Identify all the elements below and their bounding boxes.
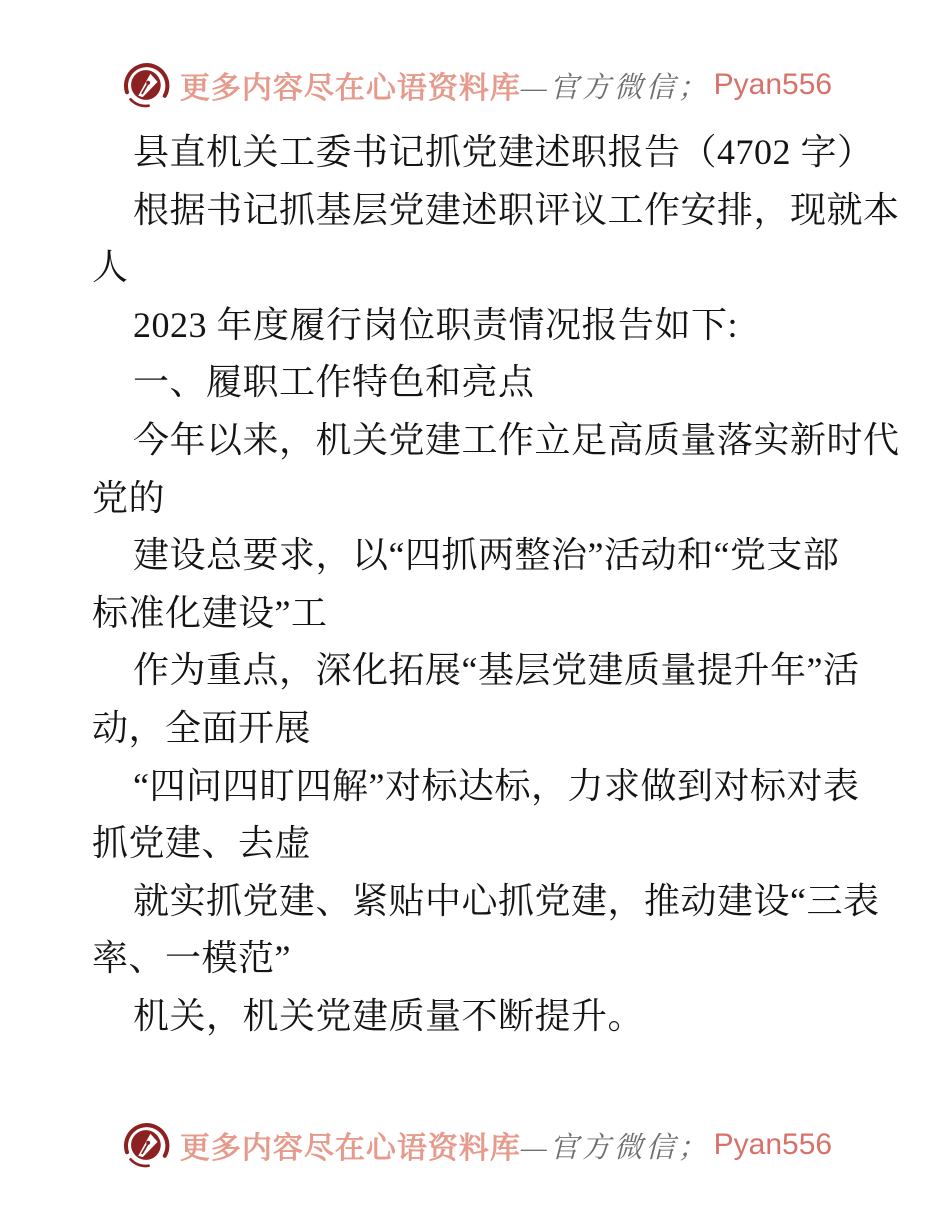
text-line: 建设总要求，以“四抓两整治”活动和“党支部 xyxy=(92,527,882,585)
text-line: 人 xyxy=(92,239,882,297)
pen-nib-circle-icon xyxy=(118,58,172,112)
pen-nib-circle-icon xyxy=(118,1118,172,1172)
text-line: 2023 年度履行岗位职责情况报告如下: xyxy=(92,297,882,355)
text-line: 机关，机关党建质量不断提升。 xyxy=(92,988,882,1046)
footer-watermark: 更多内容尽在心语资料库—官方微信；Pyan556 xyxy=(0,1118,950,1172)
text-line: 动，全面开展 xyxy=(92,700,882,758)
watermark-brand-text: 更多内容尽在心语资料库 xyxy=(180,63,521,107)
text-line: 就实抓党建、紧贴中心抓党建，推动建设“三表 xyxy=(92,873,882,931)
watermark-brand-text: 更多内容尽在心语资料库 xyxy=(180,1123,521,1167)
text-line: 抓党建、去虚 xyxy=(92,815,882,873)
text-line: 今年以来，机关党建工作立足高质量落实新时代 xyxy=(92,412,882,470)
watermark-wechat-label: —官方微信； xyxy=(521,1125,710,1166)
text-line: 作为重点，深化拓展“基层党建质量提升年”活 xyxy=(92,642,882,700)
document-body: 县直机关工委书记抓党建述职报告（4702 字） 根据书记抓基层党建述职评议工作安… xyxy=(92,124,882,1046)
watermark-wechat-id: Pyan556 xyxy=(714,68,832,102)
text-line: 党的 xyxy=(92,470,882,528)
text-line: 标准化建设”工 xyxy=(92,585,882,643)
watermark-wechat-id: Pyan556 xyxy=(714,1128,832,1162)
text-line: “四问四盯四解”对标达标，力求做到对标对表 xyxy=(92,758,882,816)
watermark-wechat-label: —官方微信； xyxy=(521,65,710,106)
text-line: 根据书记抓基层党建述职评议工作安排，现就本 xyxy=(92,182,882,240)
section-heading: 一、履职工作特色和亮点 xyxy=(92,354,882,412)
document-title: 县直机关工委书记抓党建述职报告（4702 字） xyxy=(92,124,882,182)
text-line: 率、一模范” xyxy=(92,930,882,988)
document-page: 更多内容尽在心语资料库—官方微信；Pyan556 县直机关工委书记抓党建述职报告… xyxy=(0,0,950,1230)
header-watermark: 更多内容尽在心语资料库—官方微信；Pyan556 xyxy=(0,58,950,112)
